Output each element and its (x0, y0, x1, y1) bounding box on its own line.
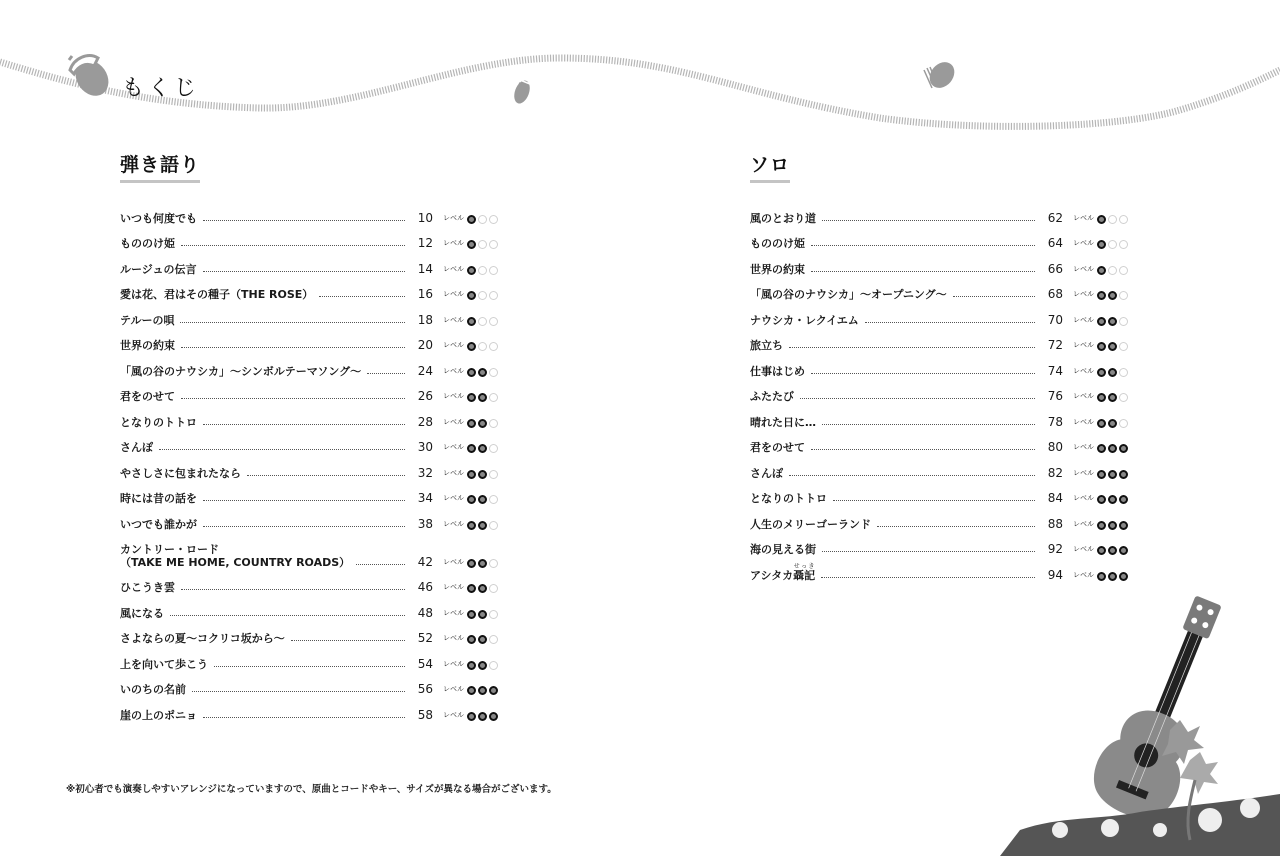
toc-item[interactable]: もののけ姫12レベル (120, 225, 515, 251)
page-number: 70 (1041, 313, 1063, 327)
level-circle-filled-icon (1108, 546, 1117, 555)
difficulty-level: レベル (1073, 519, 1145, 531)
level-circle-empty-icon (489, 419, 498, 428)
dot-leader (789, 475, 1035, 476)
song-title: もののけ姫 (120, 237, 175, 250)
toc-item[interactable]: ルージュの伝言14レベル (120, 250, 515, 276)
song-title: ルージュの伝言 (120, 263, 197, 276)
level-circle-filled-icon (478, 495, 487, 504)
dot-leader (822, 551, 1035, 552)
level-circle-empty-icon (478, 215, 487, 224)
dot-leader (247, 475, 405, 476)
toc-item[interactable]: 世界の約束66レベル (750, 250, 1145, 276)
level-circle-filled-icon (1097, 291, 1106, 300)
level-circle-filled-icon (1097, 419, 1106, 428)
song-title: 「風の谷のナウシカ」～オープニング～ (750, 288, 947, 301)
page-number: 16 (411, 287, 433, 301)
level-circle-empty-icon (489, 317, 498, 326)
song-title: さよならの夏～コクリコ坂から～ (120, 632, 285, 645)
level-circle-filled-icon (478, 661, 487, 670)
level-circle-filled-icon (489, 686, 498, 695)
dot-leader (291, 640, 405, 641)
level-label: レベル (1073, 570, 1094, 580)
level-label: レベル (443, 519, 464, 529)
level-label: レベル (443, 315, 464, 325)
toc-item[interactable]: 風のとおり道62レベル (750, 199, 1145, 225)
level-label: レベル (1073, 264, 1094, 274)
difficulty-level: レベル (1073, 264, 1145, 276)
page-number: 30 (411, 440, 433, 454)
page-number: 42 (411, 555, 433, 569)
level-circle-filled-icon (467, 635, 476, 644)
level-circle-filled-icon (1108, 317, 1117, 326)
dot-leader (181, 589, 405, 590)
level-label: レベル (1073, 493, 1094, 503)
difficulty-level: レベル (443, 289, 515, 301)
acorn-icon (64, 48, 114, 100)
difficulty-level: レベル (1073, 213, 1145, 225)
level-circle-empty-icon (1119, 240, 1128, 249)
toc-list: 風のとおり道62レベルもののけ姫64レベル世界の約束66レベル「風の谷のナウシカ… (750, 199, 1145, 582)
level-circle-filled-icon (1097, 342, 1106, 351)
level-circle-filled-icon (478, 712, 487, 721)
dot-leader (214, 666, 405, 667)
difficulty-level: レベル (443, 710, 515, 722)
toc-item[interactable]: となりのトトロ28レベル (120, 403, 515, 429)
toc-item[interactable]: やさしさに包まれたなら32レベル (120, 454, 515, 480)
section-title: 弾き語り (120, 150, 200, 183)
difficulty-level: レベル (443, 264, 515, 276)
level-label: レベル (1073, 442, 1094, 452)
level-label: レベル (443, 582, 464, 592)
level-label: レベル (1073, 519, 1094, 529)
song-title: 君をのせて (750, 441, 805, 454)
level-circle-filled-icon (467, 368, 476, 377)
level-circle-empty-icon (489, 495, 498, 504)
difficulty-level: レベル (443, 442, 515, 454)
dot-leader (811, 449, 1035, 450)
level-circle-filled-icon (478, 635, 487, 644)
level-circle-filled-icon (1108, 291, 1117, 300)
ukulele-icon (1083, 585, 1248, 829)
page-number: 24 (411, 364, 433, 378)
toc-item[interactable]: いのちの名前56レベル (120, 671, 515, 697)
dot-leader (170, 615, 405, 616)
level-circle-empty-icon (489, 368, 498, 377)
difficulty-level: レベル (443, 417, 515, 429)
level-label: レベル (443, 684, 464, 694)
page-number: 58 (411, 708, 433, 722)
toc-item[interactable]: 旅立ち72レベル (750, 327, 1145, 353)
section-title: ソロ (750, 150, 790, 183)
toc-item[interactable]: 人生のメリーゴーランド88レベル (750, 505, 1145, 531)
dot-leader (181, 347, 405, 348)
dot-leader (203, 500, 405, 501)
toc-item[interactable]: ひこうき雲46レベル (120, 569, 515, 595)
level-circle-empty-icon (489, 291, 498, 300)
song-title: カントリー・ロード （TAKE ME HOME, COUNTRY ROADS） (120, 543, 350, 569)
page-number: 26 (411, 389, 433, 403)
level-label: レベル (1073, 289, 1094, 299)
difficulty-level: レベル (1073, 544, 1145, 556)
page-number: 64 (1041, 236, 1063, 250)
level-circle-filled-icon (467, 610, 476, 619)
level-circle-filled-icon (1119, 444, 1128, 453)
level-circle-empty-icon (1119, 291, 1128, 300)
acorn-icon (510, 72, 536, 106)
dot-leader (181, 398, 405, 399)
difficulty-level: レベル (443, 391, 515, 403)
level-circle-filled-icon (467, 317, 476, 326)
song-title: 愛は花、君はその種子（THE ROSE） (120, 288, 313, 301)
difficulty-level: レベル (443, 468, 515, 480)
level-circle-filled-icon (478, 419, 487, 428)
toc-item[interactable]: 君をのせて80レベル (750, 429, 1145, 455)
dot-leader (789, 347, 1035, 348)
level-circle-empty-icon (478, 317, 487, 326)
level-circle-empty-icon (1119, 317, 1128, 326)
level-circle-filled-icon (467, 470, 476, 479)
level-circle-empty-icon (489, 215, 498, 224)
level-circle-filled-icon (467, 266, 476, 275)
song-title: アシタカ聶記せっき (750, 563, 815, 582)
page-number: 48 (411, 606, 433, 620)
level-circle-empty-icon (489, 610, 498, 619)
difficulty-level: レベル (443, 493, 515, 505)
song-title: 晴れた日に… (750, 416, 816, 429)
level-circle-filled-icon (1119, 546, 1128, 555)
level-circle-empty-icon (489, 393, 498, 402)
toc-item[interactable]: アシタカ聶記せっき94レベル (750, 556, 1145, 582)
page-number: 82 (1041, 466, 1063, 480)
level-circle-filled-icon (1097, 215, 1106, 224)
level-label: レベル (443, 289, 464, 299)
page-number: 46 (411, 580, 433, 594)
dot-leader (181, 245, 405, 246)
level-circle-filled-icon (489, 712, 498, 721)
difficulty-level: レベル (1073, 315, 1145, 327)
page-number: 28 (411, 415, 433, 429)
toc-item[interactable]: 崖の上のポニョ58レベル (120, 696, 515, 722)
toc-item[interactable]: 仕事はじめ74レベル (750, 352, 1145, 378)
song-title: 人生のメリーゴーランド (750, 518, 871, 531)
level-circle-empty-icon (1119, 215, 1128, 224)
dot-leader (203, 220, 405, 221)
level-circle-filled-icon (467, 661, 476, 670)
page-number: 62 (1041, 211, 1063, 225)
toc-item[interactable]: 晴れた日に…78レベル (750, 403, 1145, 429)
ukulele-flowers-illustration (1000, 580, 1280, 856)
level-label: レベル (443, 710, 464, 720)
toc-item[interactable]: いつも何度でも10レベル (120, 199, 515, 225)
difficulty-level: レベル (1073, 417, 1145, 429)
song-title: 仕事はじめ (750, 365, 805, 378)
dot-leader (953, 296, 1035, 297)
level-label: レベル (443, 264, 464, 274)
level-label: レベル (443, 493, 464, 503)
song-title: 「風の谷のナウシカ」～シンボルテーマソング～ (120, 365, 361, 378)
level-circle-filled-icon (1097, 393, 1106, 402)
dot-leader (865, 322, 1035, 323)
level-circle-empty-icon (489, 240, 498, 249)
song-title: 時には昔の話を (120, 492, 197, 505)
level-circle-empty-icon (1108, 215, 1117, 224)
toc-item[interactable]: いつでも誰かが38レベル (120, 505, 515, 531)
dot-leader (203, 271, 405, 272)
page-number: 54 (411, 657, 433, 671)
level-circle-filled-icon (1108, 342, 1117, 351)
footnote: ※初心者でも演奏しやすいアレンジになっていますので、原曲とコードやキー、サイズが… (66, 781, 557, 795)
dot-leader (159, 449, 405, 450)
level-label: レベル (443, 213, 464, 223)
difficulty-level: レベル (1073, 340, 1145, 352)
level-circle-filled-icon (478, 368, 487, 377)
level-circle-empty-icon (489, 470, 498, 479)
dot-leader (833, 500, 1035, 501)
dot-leader (811, 271, 1035, 272)
level-circle-filled-icon (1097, 240, 1106, 249)
dot-leader (203, 424, 405, 425)
level-label: レベル (1073, 417, 1094, 427)
page-number: 14 (411, 262, 433, 276)
level-label: レベル (443, 442, 464, 452)
toc-item[interactable]: さんぽ82レベル (750, 454, 1145, 480)
level-label: レベル (443, 633, 464, 643)
level-circle-filled-icon (478, 444, 487, 453)
song-title: いつも何度でも (120, 212, 197, 225)
difficulty-level: レベル (1073, 366, 1145, 378)
level-circle-filled-icon (478, 393, 487, 402)
difficulty-level: レベル (1073, 493, 1145, 505)
toc-item[interactable]: 「風の谷のナウシカ」～オープニング～68レベル (750, 276, 1145, 302)
level-circle-filled-icon (1097, 546, 1106, 555)
level-circle-empty-icon (489, 521, 498, 530)
level-circle-empty-icon (489, 584, 498, 593)
level-circle-empty-icon (489, 444, 498, 453)
difficulty-level: レベル (443, 315, 515, 327)
level-circle-filled-icon (1097, 444, 1106, 453)
page-number: 88 (1041, 517, 1063, 531)
page-number: 66 (1041, 262, 1063, 276)
section-hikigatari: 弾き語り いつも何度でも10レベルもののけ姫12レベルルージュの伝言14レベル愛… (120, 150, 515, 722)
level-circle-filled-icon (1108, 470, 1117, 479)
song-title: 海の見える街 (750, 543, 816, 556)
dot-leader (800, 398, 1035, 399)
song-title: 世界の約束 (750, 263, 805, 276)
song-title: 世界の約束 (120, 339, 175, 352)
page-number: 84 (1041, 491, 1063, 505)
level-circle-filled-icon (1097, 368, 1106, 377)
toc-list: いつも何度でも10レベルもののけ姫12レベルルージュの伝言14レベル愛は花、君は… (120, 199, 515, 722)
level-circle-empty-icon (1108, 266, 1117, 275)
level-circle-filled-icon (1108, 368, 1117, 377)
difficulty-level: レベル (443, 366, 515, 378)
dot-leader (821, 577, 1035, 578)
level-circle-filled-icon (467, 712, 476, 721)
level-label: レベル (1073, 391, 1094, 401)
level-circle-empty-icon (489, 559, 498, 568)
song-title: ひこうき雲 (120, 581, 175, 594)
toc-item[interactable]: ナウシカ・レクイエム70レベル (750, 301, 1145, 327)
song-title: もののけ姫 (750, 237, 805, 250)
song-title: ナウシカ・レクイエム (750, 314, 859, 327)
toc-item[interactable]: 上を向いて歩こう54レベル (120, 645, 515, 671)
level-circle-filled-icon (467, 419, 476, 428)
level-circle-empty-icon (489, 661, 498, 670)
level-circle-empty-icon (478, 342, 487, 351)
page-number: 38 (411, 517, 433, 531)
level-circle-filled-icon (1108, 444, 1117, 453)
level-label: レベル (443, 468, 464, 478)
page-number: 52 (411, 631, 433, 645)
level-circle-empty-icon (1119, 419, 1128, 428)
difficulty-level: レベル (443, 238, 515, 250)
level-circle-empty-icon (478, 240, 487, 249)
song-title: 君をのせて (120, 390, 175, 403)
page-number: 76 (1041, 389, 1063, 403)
dot-leader (822, 424, 1035, 425)
level-circle-filled-icon (1097, 470, 1106, 479)
level-circle-empty-icon (489, 635, 498, 644)
level-label: レベル (1073, 468, 1094, 478)
level-label: レベル (1073, 340, 1094, 350)
difficulty-level: レベル (1073, 289, 1145, 301)
page-number: 20 (411, 338, 433, 352)
page-number: 74 (1041, 364, 1063, 378)
level-circle-filled-icon (478, 559, 487, 568)
dot-leader (811, 373, 1035, 374)
level-circle-filled-icon (467, 686, 476, 695)
dot-leader (203, 526, 405, 527)
page-number: 18 (411, 313, 433, 327)
toc-item[interactable]: 時には昔の話を34レベル (120, 480, 515, 506)
difficulty-level: レベル (1073, 442, 1145, 454)
dot-leader (319, 296, 405, 297)
difficulty-level: レベル (443, 684, 515, 696)
song-title: さんぽ (120, 441, 153, 454)
level-circle-filled-icon (478, 521, 487, 530)
level-circle-filled-icon (1097, 495, 1106, 504)
difficulty-level: レベル (443, 519, 515, 531)
level-circle-filled-icon (478, 686, 487, 695)
level-label: レベル (1073, 213, 1094, 223)
level-circle-filled-icon (467, 342, 476, 351)
level-circle-filled-icon (467, 215, 476, 224)
song-title: 崖の上のポニョ (120, 709, 197, 722)
page-number: 56 (411, 682, 433, 696)
toc-item[interactable]: 「風の谷のナウシカ」～シンボルテーマソング～24レベル (120, 352, 515, 378)
level-circle-filled-icon (467, 291, 476, 300)
song-title: やさしさに包まれたなら (120, 467, 241, 480)
level-circle-filled-icon (467, 584, 476, 593)
level-circle-empty-icon (1119, 342, 1128, 351)
dot-leader (367, 373, 405, 374)
toc-item[interactable]: さんぽ30レベル (120, 429, 515, 455)
level-circle-filled-icon (478, 584, 487, 593)
level-circle-filled-icon (1119, 470, 1128, 479)
song-title: ふたたび (750, 390, 794, 403)
level-label: レベル (443, 659, 464, 669)
toc-item[interactable]: 海の見える街92レベル (750, 531, 1145, 557)
level-circle-empty-icon (1108, 240, 1117, 249)
acorn-icon (918, 60, 958, 92)
level-circle-empty-icon (478, 291, 487, 300)
toc-item[interactable]: となりのトトロ84レベル (750, 480, 1145, 506)
song-title: さんぽ (750, 467, 783, 480)
song-title: となりのトトロ (120, 416, 197, 429)
page-number: 78 (1041, 415, 1063, 429)
level-label: レベル (443, 608, 464, 618)
toc-item[interactable]: さよならの夏～コクリコ坂から～52レベル (120, 620, 515, 646)
dot-leader (811, 245, 1035, 246)
difficulty-level: レベル (443, 213, 515, 225)
song-title: いのちの名前 (120, 683, 186, 696)
page-title: もくじ (122, 71, 200, 102)
page-number: 80 (1041, 440, 1063, 454)
level-circle-filled-icon (467, 240, 476, 249)
page-number: 68 (1041, 287, 1063, 301)
level-circle-filled-icon (1097, 266, 1106, 275)
page-number: 32 (411, 466, 433, 480)
dot-leader (192, 691, 405, 692)
level-circle-filled-icon (1108, 419, 1117, 428)
song-title: 風のとおり道 (750, 212, 816, 225)
difficulty-level: レベル (1073, 468, 1145, 480)
dot-leader (822, 220, 1035, 221)
toc-item[interactable]: ふたたび76レベル (750, 378, 1145, 404)
section-solo: ソロ 風のとおり道62レベルもののけ姫64レベル世界の約束66レベル「風の谷のナ… (750, 150, 1145, 582)
toc-item[interactable]: 愛は花、君はその種子（THE ROSE）16レベル (120, 276, 515, 302)
level-circle-filled-icon (1108, 495, 1117, 504)
level-circle-filled-icon (467, 521, 476, 530)
dot-leader (356, 564, 405, 565)
level-label: レベル (443, 557, 464, 567)
level-circle-filled-icon (467, 559, 476, 568)
level-circle-empty-icon (1119, 368, 1128, 377)
level-label: レベル (443, 238, 464, 248)
song-title: 風になる (120, 607, 164, 620)
song-title: となりのトトロ (750, 492, 827, 505)
toc-item[interactable]: もののけ姫64レベル (750, 225, 1145, 251)
level-circle-empty-icon (1119, 266, 1128, 275)
difficulty-level: レベル (443, 340, 515, 352)
page-number: 12 (411, 236, 433, 250)
difficulty-level: レベル (443, 582, 515, 594)
difficulty-level: レベル (443, 557, 515, 569)
level-circle-filled-icon (478, 470, 487, 479)
level-label: レベル (443, 417, 464, 427)
level-circle-filled-icon (467, 393, 476, 402)
level-label: レベル (443, 391, 464, 401)
toc-item[interactable]: 風になる48レベル (120, 594, 515, 620)
difficulty-level: レベル (443, 659, 515, 671)
difficulty-level: レベル (1073, 391, 1145, 403)
toc-item[interactable]: カントリー・ロード （TAKE ME HOME, COUNTRY ROADS）4… (120, 531, 515, 569)
level-label: レベル (1073, 238, 1094, 248)
level-circle-filled-icon (467, 444, 476, 453)
difficulty-level: レベル (443, 633, 515, 645)
song-title: 旅立ち (750, 339, 783, 352)
level-circle-filled-icon (467, 495, 476, 504)
level-circle-empty-icon (1119, 393, 1128, 402)
level-circle-filled-icon (1097, 521, 1106, 530)
page-number: 72 (1041, 338, 1063, 352)
toc-item[interactable]: 君をのせて26レベル (120, 378, 515, 404)
toc-item[interactable]: テルーの唄18レベル (120, 301, 515, 327)
page-number: 10 (411, 211, 433, 225)
toc-item[interactable]: 世界の約束20レベル (120, 327, 515, 353)
song-title: いつでも誰かが (120, 518, 197, 531)
